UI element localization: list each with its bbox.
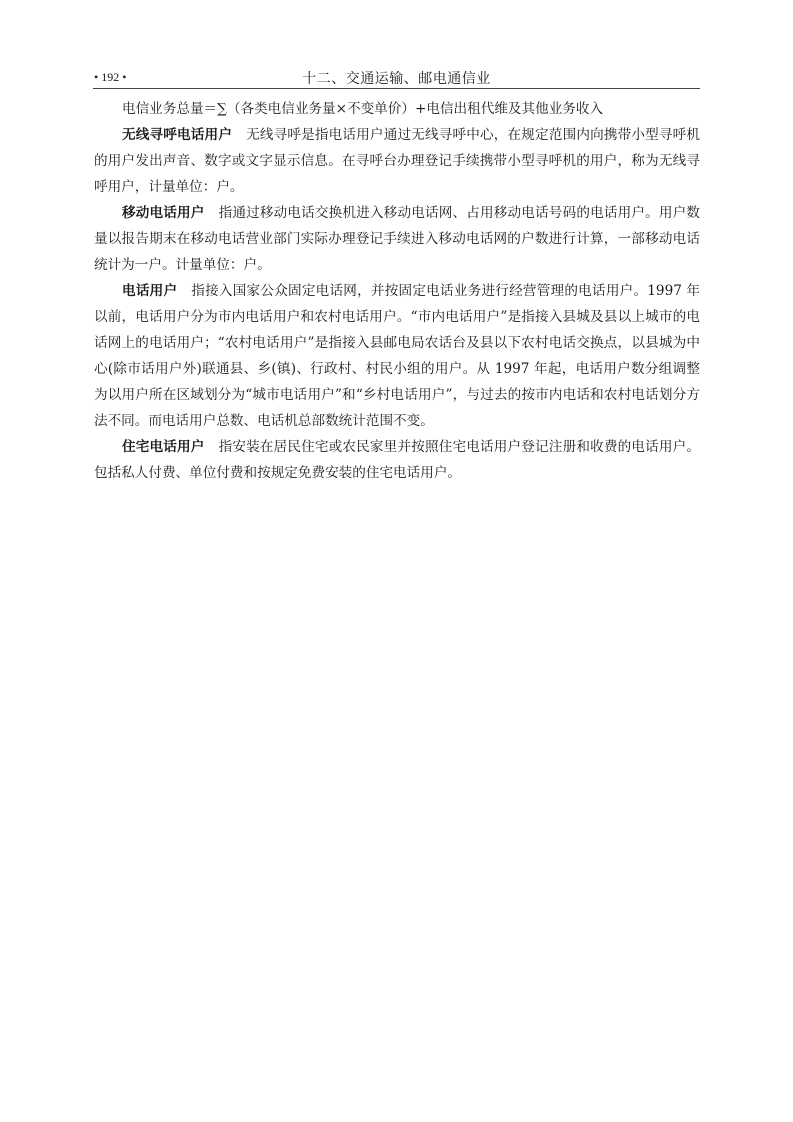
running-title: 十二、交通运输、邮电通信业 xyxy=(93,68,700,88)
header-rule xyxy=(93,88,700,89)
definition-term: 住宅电话用户 xyxy=(122,439,205,455)
formula: 电信业务总量＝∑（各类电信业务量×不变单价）+电信出租代维及其他业务收入 xyxy=(94,96,700,122)
definition-paragraph: 住宅电话用户指安装在居民住宅或农民家里并按照住宅电话用户登记注册和收费的电话用户… xyxy=(94,434,700,486)
definition-term: 电话用户 xyxy=(122,283,177,299)
page-header: • 192 • 十二、交通运输、邮电通信业 xyxy=(93,68,700,88)
definition-term: 移动电话用户 xyxy=(122,205,205,221)
definition-paragraph: 电话用户指接入国家公众固定电话网，并按固定电话业务进行经营管理的电话用户。199… xyxy=(94,278,700,434)
definition-paragraph: 移动电话用户指通过移动电话交换机进入移动电话网、占用移动电话号码的电话用户。用户… xyxy=(94,200,700,278)
definition-term: 无线寻呼电话用户 xyxy=(122,127,232,143)
page-body: 电信业务总量＝∑（各类电信业务量×不变单价）+电信出租代维及其他业务收入 无线寻… xyxy=(94,96,700,486)
definition-text: 指接入国家公众固定电话网，并按固定电话业务进行经营管理的电话用户。1997 年以… xyxy=(94,283,700,429)
definition-paragraph: 无线寻呼电话用户无线寻呼是指电话用户通过无线寻呼中心，在规定范围内向携带小型寻呼… xyxy=(94,122,700,200)
